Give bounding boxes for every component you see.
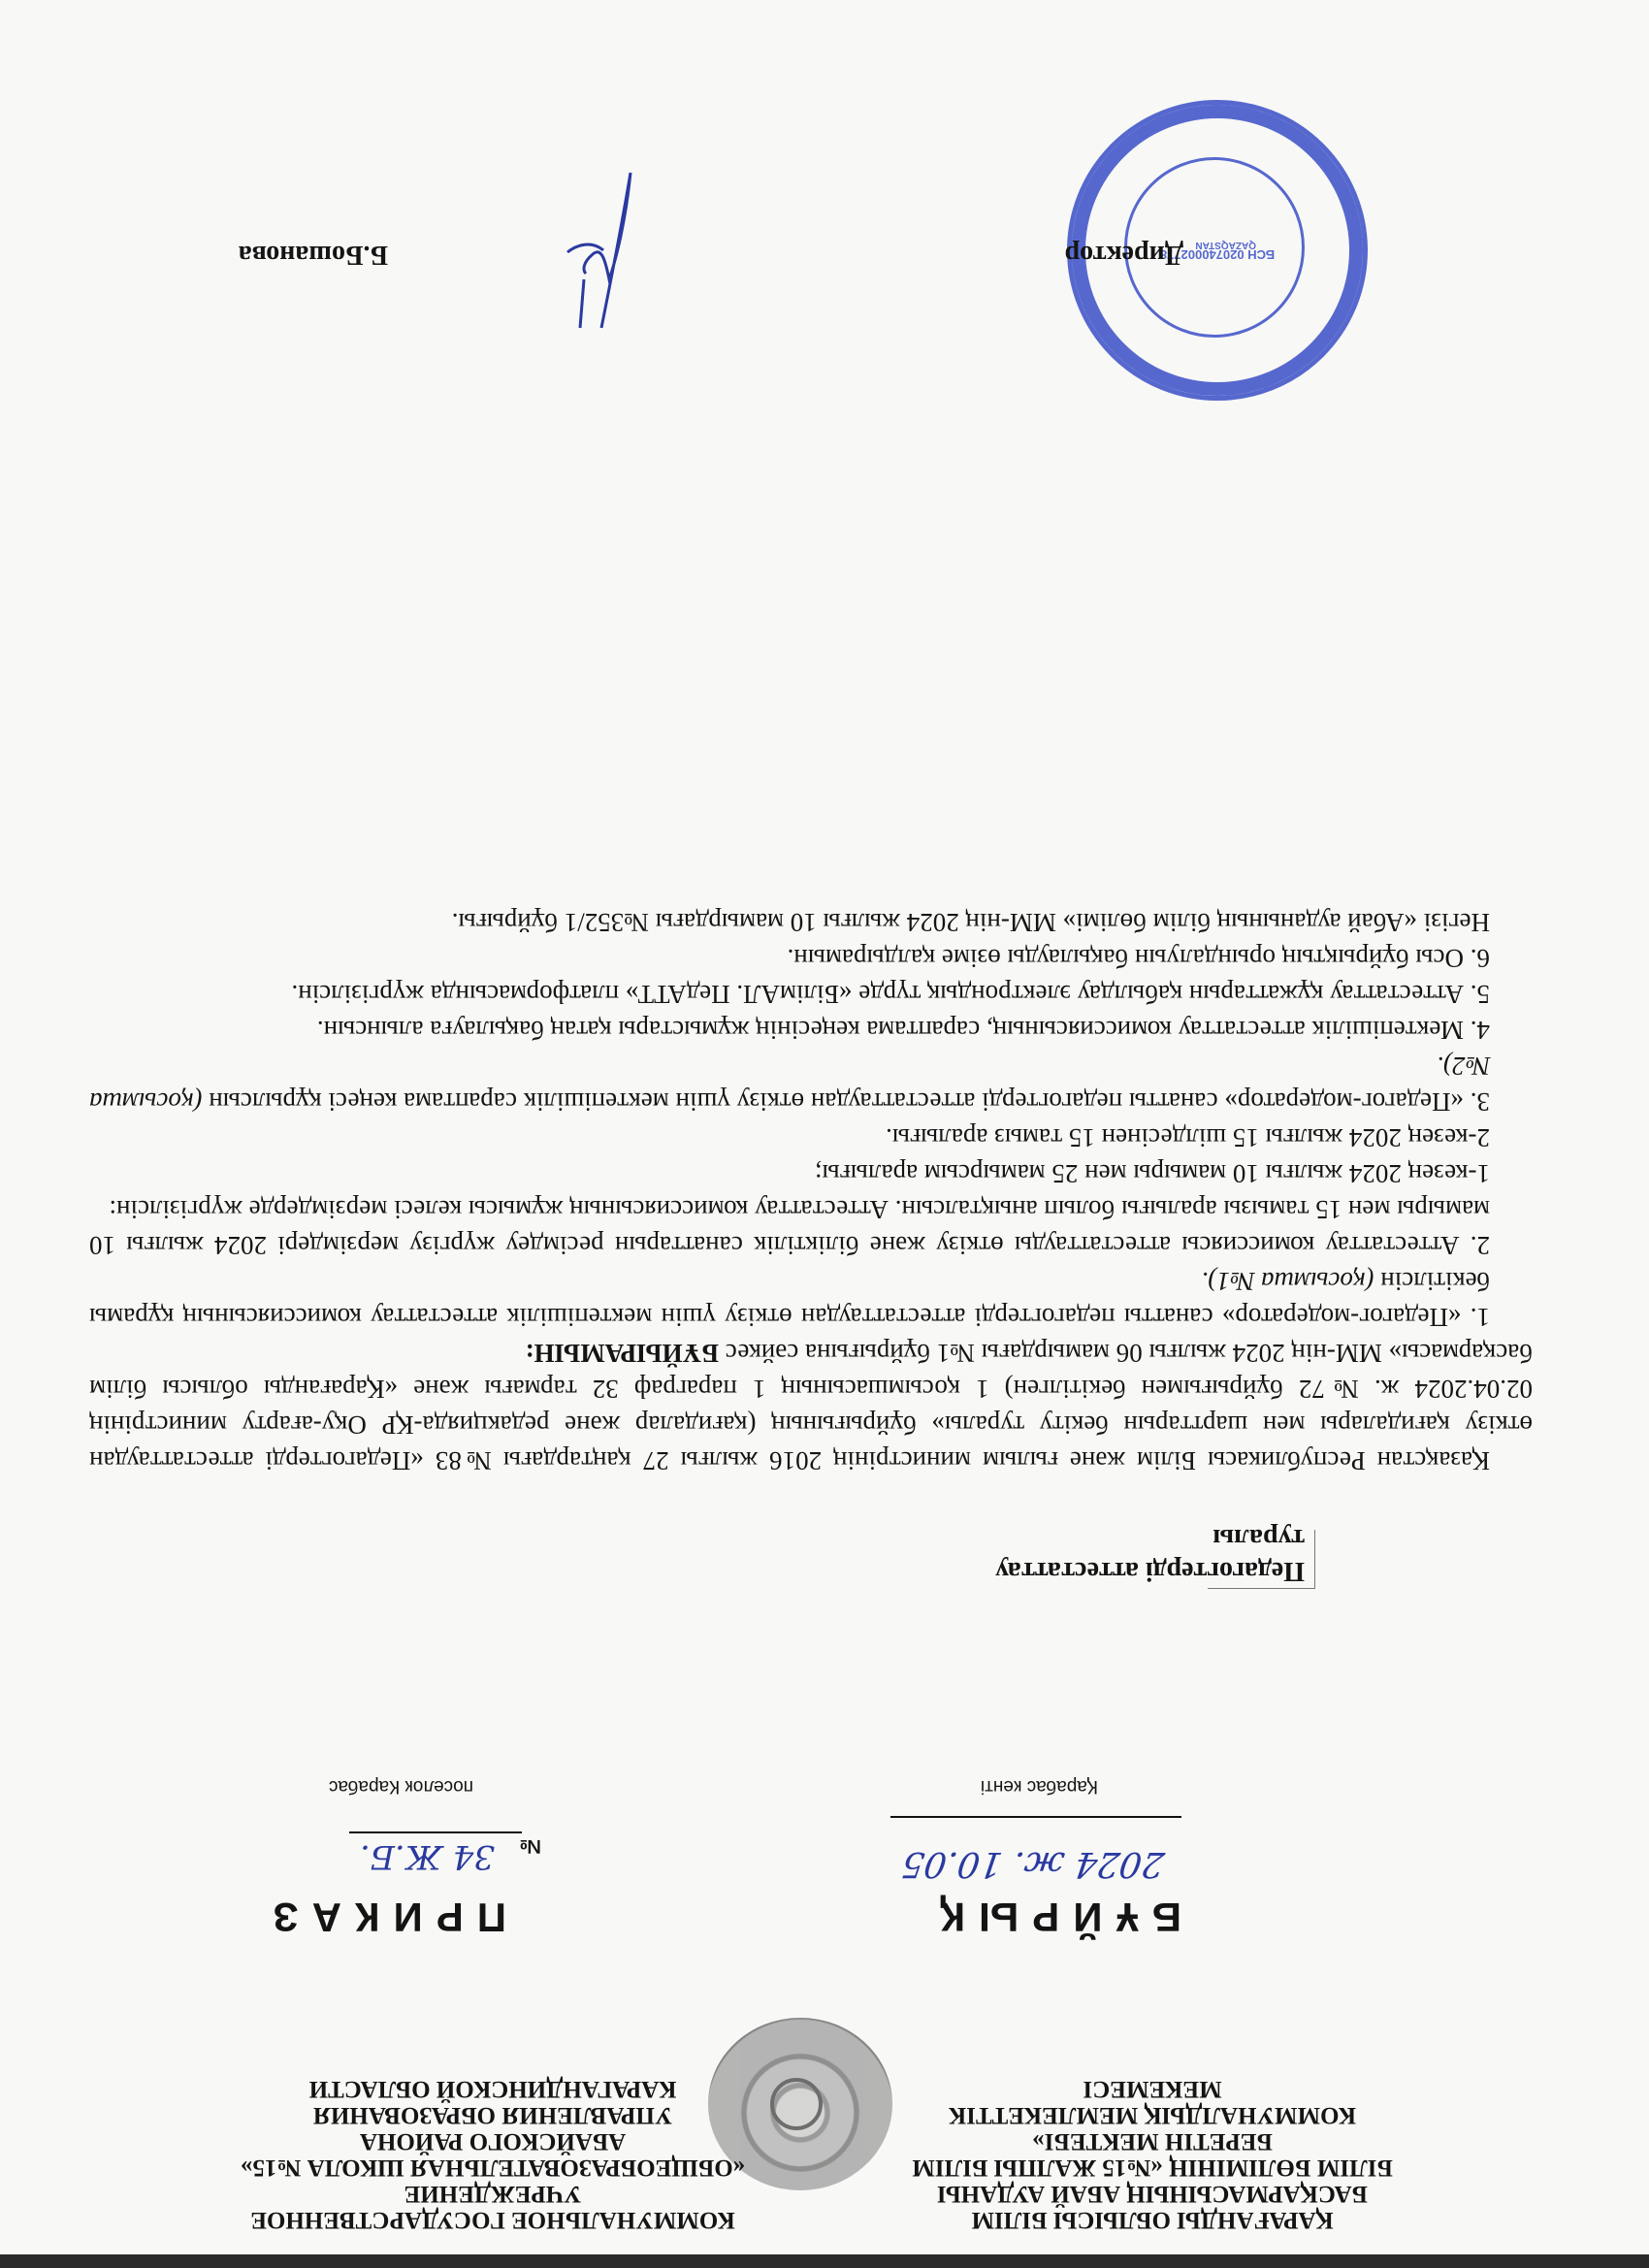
handwritten-signature-icon (553, 163, 669, 338)
order-body: Қазақстан Республикасы Білім және ғылым … (89, 904, 1533, 1478)
signer-position: Директор (1065, 239, 1184, 270)
header-ru-line: КАРАГАНДИНСКОЙ ОБЛАСТИ (221, 2076, 764, 2102)
header-ru-line: УЧРЕЖДЕНИЕ (221, 2181, 764, 2207)
order-number-label: № (520, 1834, 541, 1857)
header-kz-line: БІЛІМ БӨЛІМІНІҢ «№15 ЖАЛПЫ БІЛІМ (881, 2155, 1424, 2181)
order-item-5: 5. Аттестаттау құжаттарын қабылдау элект… (89, 976, 1490, 1012)
order-basis: Негізі «Абай ауданының білім бөлімі» ММ-… (89, 904, 1490, 940)
scan-edge (0, 2254, 1649, 2268)
scanned-order-page: ҚАРАҒАНДЫ ОБЛЫСЫ БІЛІМ БАСҚАРМАСЫНЫҢ АБА… (0, 0, 1649, 2268)
stage-1: 1-кезең 2024 жылғы 10 мамыры мен 25 мамы… (89, 1155, 1490, 1191)
order-number-handwritten: 34 Ж.Б. (360, 1837, 495, 1876)
header-ru: КОММУНАЛЬНОЕ ГОСУДАРСТВЕННОЕ УЧРЕЖДЕНИЕ … (221, 2076, 764, 2233)
stamp-center-text: QAZAQSTAN (1195, 240, 1256, 250)
subject-line: туралы (995, 1521, 1305, 1554)
stage-2: 2-кезең 2024 жылғы 15 шілдесінен 15 тамы… (89, 1119, 1490, 1155)
order-item-4: 4. Мектепішілік аттестаттау комиссиясыны… (89, 1012, 1490, 1048)
header-kz-line: ҚАРАҒАНДЫ ОБЛЫСЫ БІЛІМ (881, 2207, 1424, 2233)
header-ru-line: «ОБЩЕОБРАЗОВАТЕЛЬНАЯ ШКОЛА №15» (221, 2155, 764, 2181)
order-item-3: 3. «Педагог-модератор» санатты педагогте… (89, 1048, 1490, 1119)
header-ru-line: АБАЙСКОГО РАЙОНА (221, 2128, 764, 2155)
subject-line: Педагогтерді аттестаттау (995, 1554, 1305, 1587)
signer-name: Б.Бошанова (239, 239, 388, 270)
decree-word: БҰЙЫРАМЫН: (526, 1339, 719, 1368)
header-kz-line: КОММУНАЛДЫҚ МЕМЛЕКЕТТІК (881, 2102, 1424, 2128)
preamble: Қазақстан Республикасы Білім және ғылым … (89, 1335, 1533, 1478)
place-kz: Қарабас кенті (981, 1775, 1098, 1797)
order-date-handwritten: 2024 ж. 10.05 (899, 1844, 1167, 1884)
order-item-1: 1. «Педагог-модератор» санатты педагогте… (89, 1263, 1490, 1335)
place-ru: поселок Карабас (329, 1775, 473, 1797)
order-title-kz: БҰЙРЫҚ (927, 1894, 1182, 1940)
header-ru-line: УПРАВЛЕНИЯ ОБРАЗОВАНИЯ (221, 2102, 764, 2128)
header-kz-line: БЕРЕТІН МЕКТЕБІ» (881, 2128, 1424, 2155)
order-item-6: 6. Осы бұйрықтың орындалуын бақылауды өз… (89, 940, 1490, 976)
order-item-2: 2. Аттестаттау комиссиясы аттестаттауды … (89, 1191, 1490, 1263)
attachment-ref: (қосымша №1). (1202, 1267, 1374, 1296)
order-title-ru: ПРИКАЗ (259, 1894, 506, 1940)
header-ru-line: КОММУНАЛЬНОЕ ГОСУДАРСТВЕННОЕ (221, 2207, 764, 2233)
order-subject: Педагогтерді аттестаттау туралы (995, 1521, 1305, 1587)
header-kz: ҚАРАҒАНДЫ ОБЛЫСЫ БІЛІМ БАСҚАРМАСЫНЫҢ АБА… (881, 2076, 1424, 2233)
header-kz-line: БАСҚАРМАСЫНЫҢ АБАЙ АУДАНЫ (881, 2181, 1424, 2207)
header-kz-line: МЕКЕМЕСІ (881, 2076, 1424, 2102)
